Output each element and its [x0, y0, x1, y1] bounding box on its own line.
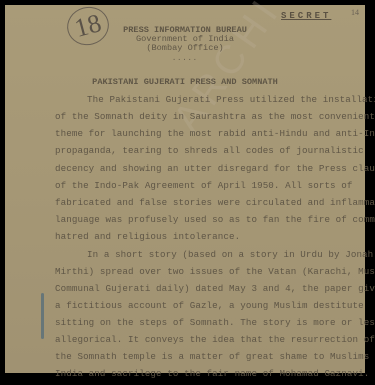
classification-stamp: SECRET	[281, 11, 331, 21]
margin-pen-mark	[41, 293, 44, 339]
text-line: of the Indo-Pak Agreement of April 1950.…	[55, 180, 353, 191]
text-line: a fictitious account of Gazle, a young M…	[55, 300, 364, 311]
text-line: language was profusely used so as to fan…	[55, 214, 375, 225]
page-number: 14	[351, 8, 359, 17]
text-line: allegorical. It conveys the idea that th…	[55, 334, 375, 345]
text-line: the Somnath temple is a matter of great …	[55, 351, 375, 362]
text-line: In a short story (based on a story in Ur…	[87, 249, 373, 260]
document-page: ARCHIVES OF INDIA 18 SECRET 14 PRESS INF…	[5, 5, 365, 373]
text-line: Communal Gujerati daily) dated May 3 and…	[55, 283, 375, 294]
text-line: theme for launching the most rabid anti-…	[55, 128, 375, 139]
header-separator: .....	[5, 55, 365, 64]
text-line: of the Somnath deity in Saurashtra as th…	[55, 111, 375, 122]
text-line: sitting on the steps of Somnath. The sto…	[55, 317, 375, 328]
document-title: PAKISTANI GUJERATI PRESS AND SOMNATH	[5, 77, 365, 87]
text-line: Mirthi) spread over two issues of the Va…	[55, 266, 375, 277]
text-line: hatred and religious intolerance.	[55, 231, 240, 242]
text-line: propaganda, tearing to shreds all codes …	[55, 145, 364, 156]
text-line: The Pakistani Gujerati Press utilized th…	[87, 94, 375, 105]
header-office: (Bombay Office)	[5, 44, 365, 53]
text-line: India and sacrilege to the fair name of …	[55, 368, 369, 379]
text-line: fabricated and false stories were circul…	[55, 197, 375, 208]
text-line: decency and showing an utter disregard f…	[55, 163, 375, 174]
